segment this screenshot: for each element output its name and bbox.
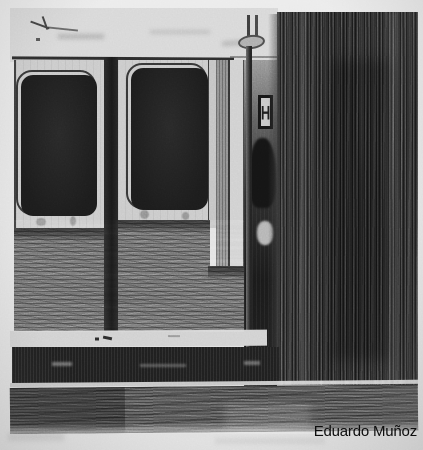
photo-vignette: [0, 0, 423, 450]
artwork-photo: H: [0, 0, 423, 450]
artist-caption: Eduardo Muñoz: [314, 423, 417, 441]
